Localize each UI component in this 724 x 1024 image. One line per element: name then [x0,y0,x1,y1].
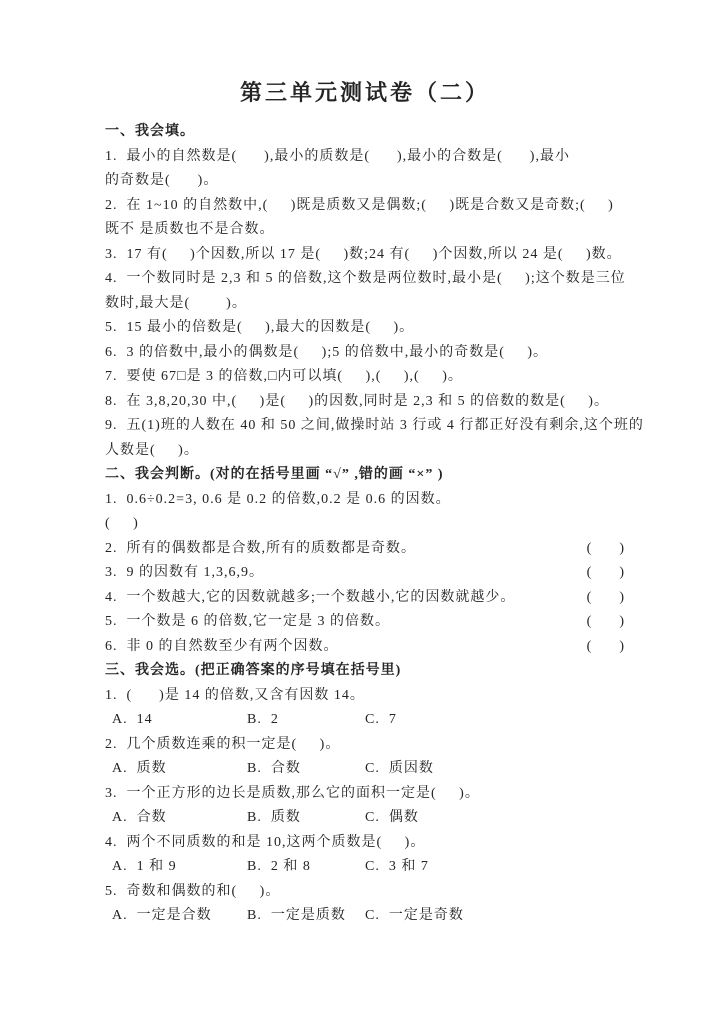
judge-item-6-text: 6. 非 0 的自然数至少有两个因数。 [105,635,339,660]
choose-options-4: A. 1 和 9 B. 2 和 8 C. 3 和 7 [105,855,625,880]
choose-question-4: 4. 两个不同质数的和是 10,这两个质数是( )。 [105,831,724,856]
choose-5-option-b: B. 一定是质数 [247,904,365,929]
choose-1-option-b: B. 2 [247,708,365,733]
choose-1-option-a: A. 14 [112,708,247,733]
choose-options-1: A. 14 B. 2 C. 7 [105,708,625,733]
choose-4-option-c: C. 3 和 7 [365,855,429,880]
judge-item-3-text: 3. 9 的因数有 1,3,6,9。 [105,561,264,586]
fill-item-5: 5. 15 最小的倍数是( ),最大的因数是( )。 [105,316,724,341]
judge-item-5-text: 5. 一个数是 6 的倍数,它一定是 3 的倍数。 [105,610,390,635]
judge-item-5: 5. 一个数是 6 的倍数,它一定是 3 的倍数。 ( ) [105,610,625,635]
fill-item-1: 1. 最小的自然数是( ),最小的质数是( ),最小的合数是( ),最小 的奇数… [105,145,724,194]
choose-5-option-c: C. 一定是奇数 [365,904,464,929]
choose-3-option-a: A. 合数 [112,806,247,831]
choose-2-option-b: B. 合数 [247,757,365,782]
choose-1-option-c: C. 7 [365,708,397,733]
fill-item-2: 2. 在 1~10 的自然数中,( )既是质数又是偶数;( )既是合数又是奇数;… [105,194,724,243]
judge-item-3-bracket: ( ) [587,561,625,586]
page-title: 第三单元测试卷（二） [105,76,625,107]
test-paper-page: 第三单元测试卷（二） 一、我会填。 1. 最小的自然数是( ),最小的质数是( … [0,0,724,929]
choose-4-option-a: A. 1 和 9 [112,855,247,880]
fill-item-6: 6. 3 的倍数中,最小的偶数是( );5 的倍数中,最小的奇数是( )。 [105,341,724,366]
choose-question-1: 1. ( )是 14 的倍数,又含有因数 14。 [105,684,724,709]
choose-options-2: A. 质数 B. 合数 C. 质因数 [105,757,625,782]
choose-question-3: 3. 一个正方形的边长是质数,那么它的面积一定是( )。 [105,782,724,807]
judge-item-6-bracket: ( ) [587,635,625,660]
judge-item-4-text: 4. 一个数越大,它的因数就越多;一个数越小,它的因数就越少。 [105,586,515,611]
judge-item-2-bracket: ( ) [587,537,625,562]
judge-item-4: 4. 一个数越大,它的因数就越多;一个数越小,它的因数就越少。 ( ) [105,586,625,611]
choose-4-option-b: B. 2 和 8 [247,855,365,880]
section-judge: 二、我会判断。(对的在括号里画 “√” ,错的画 “×” ) 1. 0.6÷0.… [105,463,724,659]
judge-item-2: 2. 所有的偶数都是合数,所有的质数都是奇数。 ( ) [105,537,625,562]
choose-options-3: A. 合数 B. 质数 C. 偶数 [105,806,625,831]
fill-item-8: 8. 在 3,8,20,30 中,( )是( )的因数,同时是 2,3 和 5 … [105,390,724,415]
choose-5-option-a: A. 一定是合数 [112,904,247,929]
judge-item-5-bracket: ( ) [587,610,625,635]
choose-question-5: 5. 奇数和偶数的和( )。 [105,880,724,905]
section-choose: 三、我会选。(把正确答案的序号填在括号里) 1. ( )是 14 的倍数,又含有… [105,659,724,929]
choose-2-option-a: A. 质数 [112,757,247,782]
fill-item-7: 7. 要使 67□是 3 的倍数,□内可以填( ),( ),( )。 [105,365,724,390]
judge-item-3: 3. 9 的因数有 1,3,6,9。 ( ) [105,561,625,586]
section-judge-heading: 二、我会判断。(对的在括号里画 “√” ,错的画 “×” ) [105,463,724,488]
judge-item-1-bracket: ( ) [105,512,724,537]
fill-item-9: 9. 五(1)班的人数在 40 和 50 之间,做操时站 3 行或 4 行都正好… [105,414,724,463]
judge-item-1-text: 1. 0.6÷0.2=3, 0.6 是 0.2 的倍数,0.2 是 0.6 的因… [105,488,724,513]
section-fill: 一、我会填。 1. 最小的自然数是( ),最小的质数是( ),最小的合数是( )… [105,120,724,463]
judge-item-4-bracket: ( ) [587,586,625,611]
fill-item-4: 4. 一个数同时是 2,3 和 5 的倍数,这个数是两位数时,最小是( );这个… [105,267,724,316]
fill-item-3: 3. 17 有( )个因数,所以 17 是( )数;24 有( )个因数,所以 … [105,243,724,268]
choose-3-option-b: B. 质数 [247,806,365,831]
choose-options-5: A. 一定是合数 B. 一定是质数 C. 一定是奇数 [105,904,625,929]
choose-3-option-c: C. 偶数 [365,806,419,831]
judge-item-6: 6. 非 0 的自然数至少有两个因数。 ( ) [105,635,625,660]
choose-question-2: 2. 几个质数连乘的积一定是( )。 [105,733,724,758]
judge-item-2-text: 2. 所有的偶数都是合数,所有的质数都是奇数。 [105,537,416,562]
choose-2-option-c: C. 质因数 [365,757,434,782]
section-fill-heading: 一、我会填。 [105,120,724,145]
section-choose-heading: 三、我会选。(把正确答案的序号填在括号里) [105,659,724,684]
